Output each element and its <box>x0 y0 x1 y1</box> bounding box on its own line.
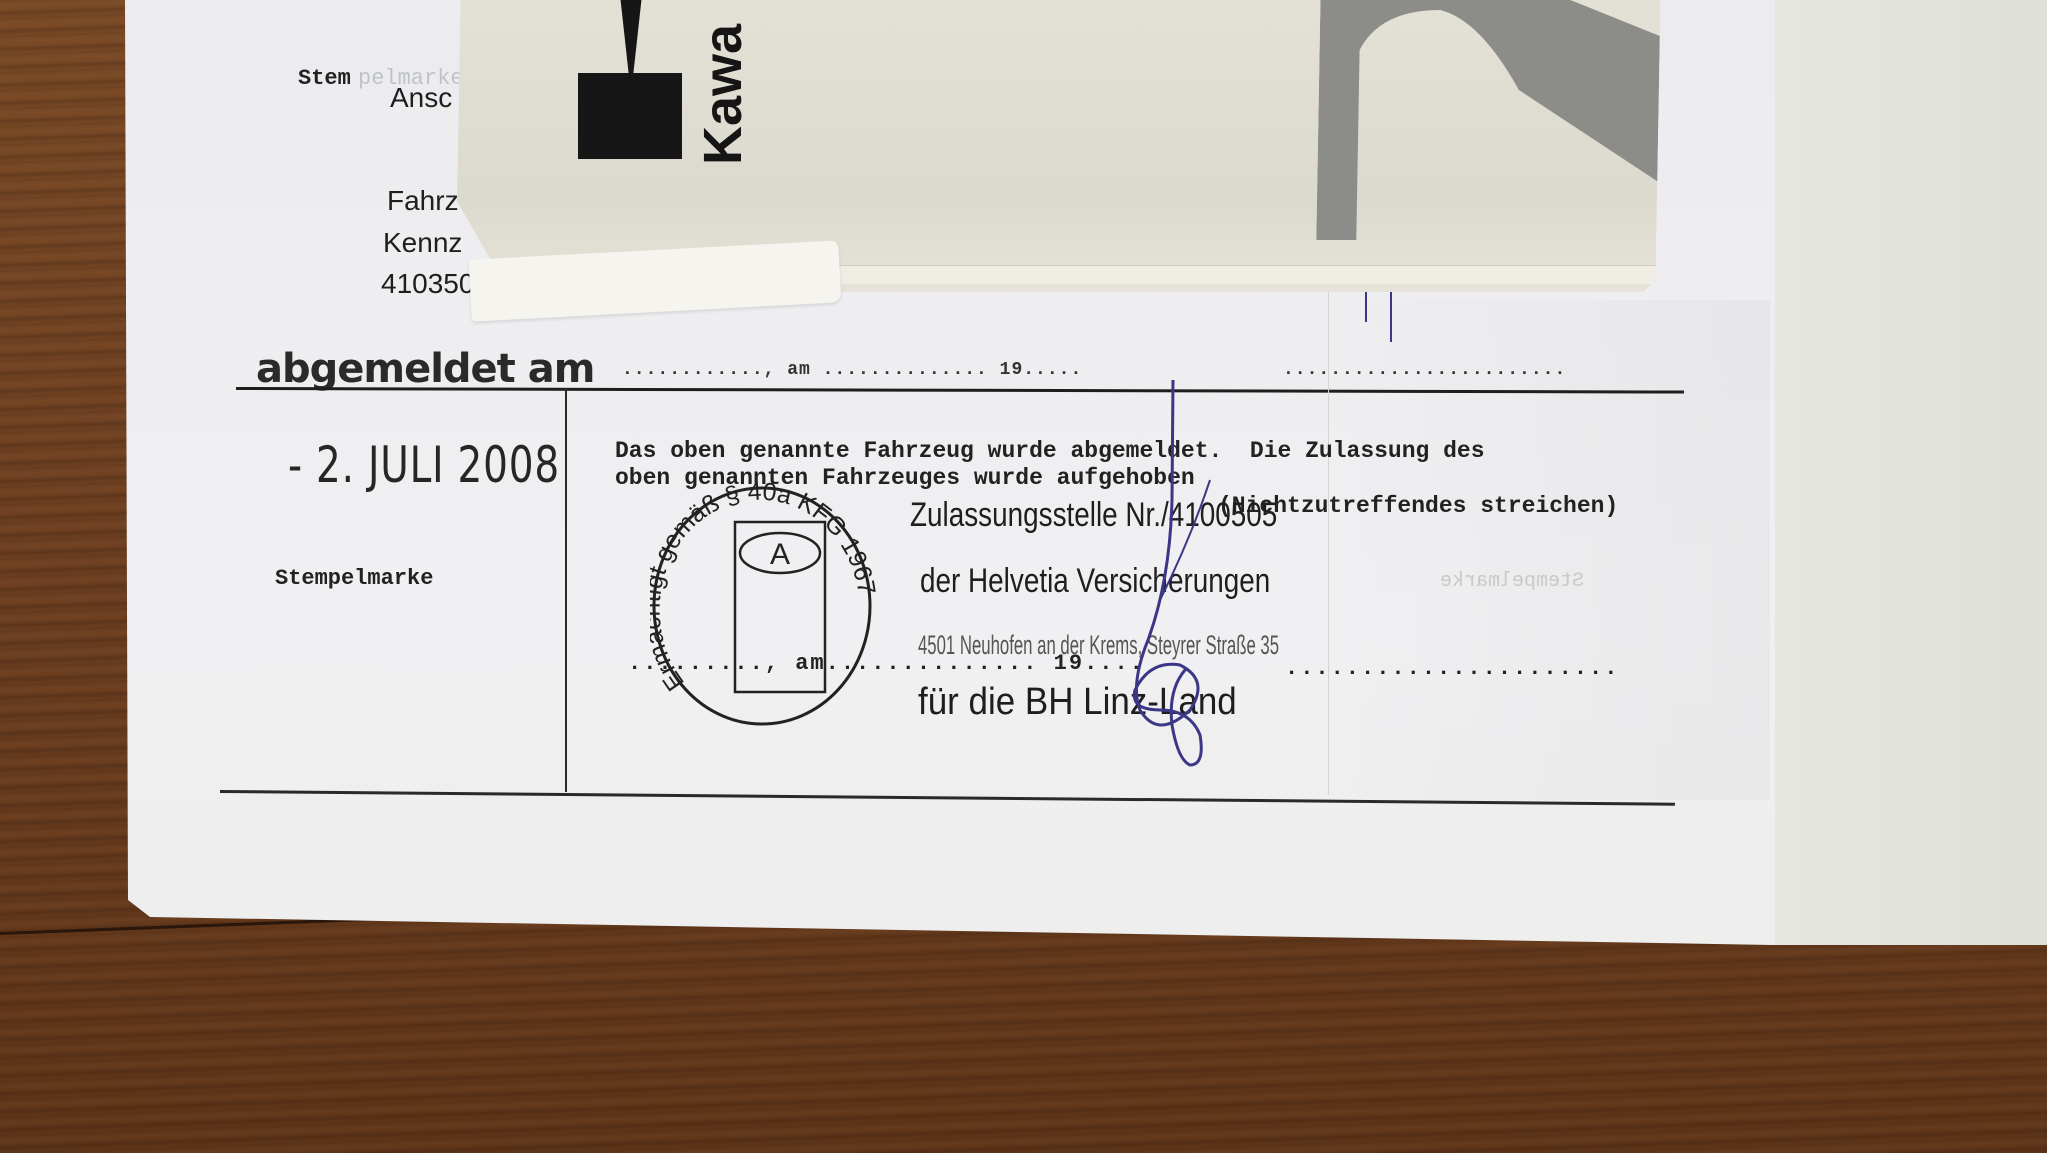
address-label-partial: Ansc <box>390 82 452 114</box>
seal-country-code: A <box>770 538 790 571</box>
statement-line-1: Das oben genannte Fahrzeug wurde abgemel… <box>615 438 1485 465</box>
seal-ring-text: Ermächtigt gemäß § 40a KFG 1967 <box>650 478 880 696</box>
svg-text:Ermächtigt gemäß § 40a KFG 196: Ermächtigt gemäß § 40a KFG 1967 <box>650 478 880 696</box>
booklet-brand: Kawa <box>692 24 754 165</box>
second-sheet <box>1770 0 2047 945</box>
stamp-label-bleedthrough: Stempelmarke <box>1440 570 1584 593</box>
office-stamp-line-2: der Helvetia Versicherungen <box>920 562 1270 601</box>
round-seal-icon: Ermächtigt gemäß § 40a KFG 1967 A <box>650 478 880 738</box>
date-stamp: - 2. JULI 2008 <box>288 436 560 494</box>
vehicle-label-partial: Fahrz <box>387 185 459 217</box>
form-column-divider <box>565 388 567 792</box>
brand-logo-square-icon <box>578 73 682 159</box>
top-dotted-line-right: ........................ <box>1283 360 1566 380</box>
faint-column-divider <box>1328 290 1329 795</box>
deregistered-label: abgemeldet am <box>256 346 594 392</box>
pen-mark <box>1390 292 1392 342</box>
pen-mark <box>1365 292 1367 322</box>
plate-label-partial: Kennz <box>383 227 462 259</box>
strike-note: (Nichtzutreffendes streichen) <box>1218 493 1618 519</box>
office-stamp-line-1: Zulassungsstelle Nr./4100505 <box>910 496 1277 535</box>
stem-label: Stem <box>298 66 351 91</box>
stamp-label: Stempelmarke <box>275 566 433 591</box>
office-stamp-line-4: für die BH Linz-Land <box>918 681 1237 724</box>
top-dotted-line: ............, am .............. 19..... <box>622 360 1082 380</box>
bottom-dotted-line-right: ...................... <box>1285 656 1619 681</box>
